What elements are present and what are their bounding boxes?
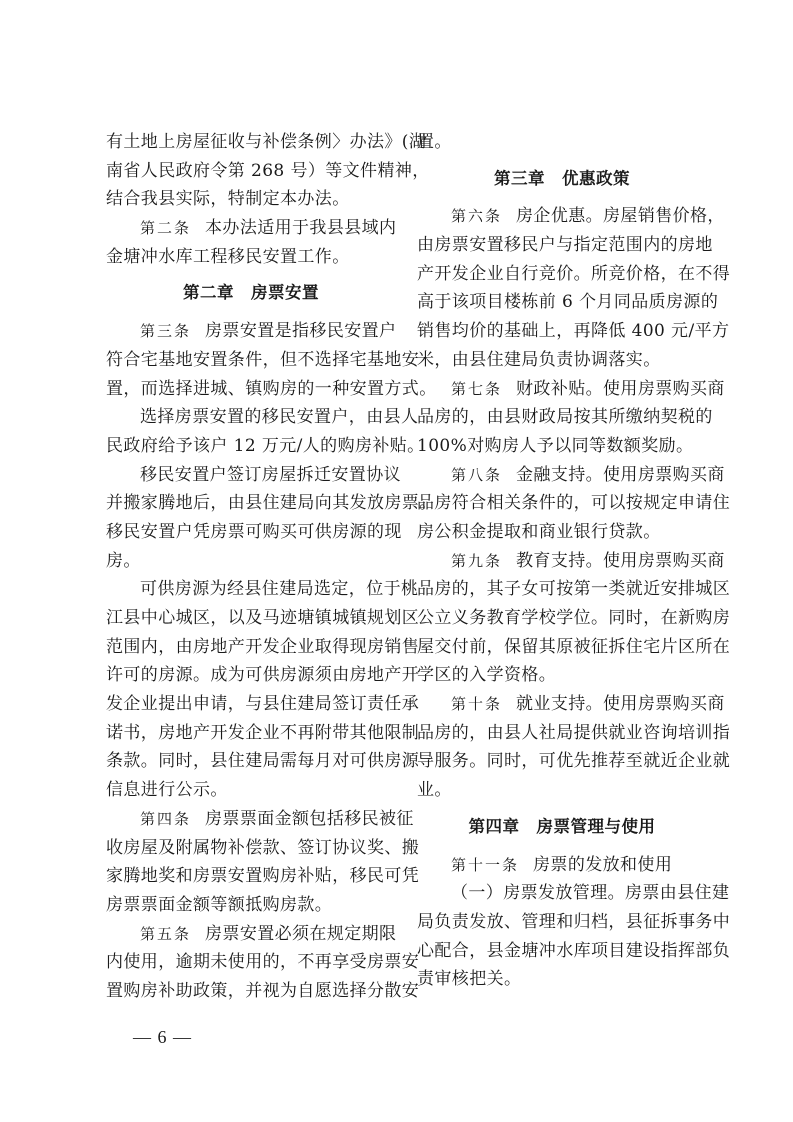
- text-line: 责审核把关。: [417, 965, 707, 994]
- article-first-line: 第七条财政补贴。使用房票购买商: [417, 375, 707, 404]
- text-line: 诺书，房地产开发企业不再附带其他限制: [106, 719, 396, 748]
- paragraph-first-line: （一）房票发放管理。房票由县住建: [417, 879, 707, 908]
- text-line: 公立义务教育学校学位。同时，在新购房: [417, 604, 707, 633]
- article-first-line: 第五条房票安置必须在规定期限: [106, 920, 396, 949]
- article-text: 财政补贴。使用房票购买商: [516, 379, 725, 399]
- text-line: 销售均价的基础上，再降低 400 元/平方: [417, 317, 707, 346]
- right-column: 置。第三章 优惠政策第六条房企优惠。房屋销售价格，由房票安置移民户与指定范围内的…: [417, 128, 707, 994]
- text-line: 置购房补助政策，并视为自愿选择分散安: [106, 977, 396, 1006]
- article-first-line: 第九条教育支持。使用房票购买商: [417, 547, 707, 576]
- article-first-line: 第八条金融支持。使用房票购买商: [417, 461, 707, 490]
- text-line: 移民安置户凭房票可购买可供房源的现: [106, 518, 396, 547]
- text-line: 米，由县住建局负责协调落实。: [417, 346, 707, 375]
- text-line: 信息进行公示。: [106, 776, 396, 805]
- chapter-heading: 第三章 优惠政策: [417, 165, 707, 194]
- text-line: 家腾地奖和房票安置购房补贴，移民可凭: [106, 862, 396, 891]
- article-number: 第三条: [140, 322, 191, 340]
- article-number: 第二条: [140, 219, 191, 237]
- text-line: 范围内，由房地产开发企业取得现房销售: [106, 633, 396, 662]
- text-line: 品房的，其子女可按第一类就近安排城区: [417, 575, 707, 604]
- chapter-heading: 第四章 房票管理与使用: [417, 813, 707, 842]
- text-line: 符合宅基地安置条件，但不选择宅基地安: [106, 346, 396, 375]
- article-first-line: 第四条房票票面金额包括移民被征: [106, 805, 396, 834]
- page-number: — 6 —: [133, 1027, 192, 1048]
- text-line: 条款。同时，县住建局需每月对可供房源: [106, 747, 396, 776]
- text-line: 民政府给予该户 12 万元/人的购房补贴。: [106, 432, 396, 461]
- text-line: 品房符合相关条件的，可以按规定申请住: [417, 489, 707, 518]
- left-column: 有土地上房屋征收与补偿条例〉办法》(湖南省人民政府令第 268 号）等文件精神，…: [106, 128, 396, 1006]
- text-line: 房票票面金额等额抵购房款。: [106, 891, 396, 920]
- article-text: 房票安置是指移民安置户: [205, 321, 396, 341]
- text-line: 江县中心城区，以及马迹塘镇城镇规划区: [106, 604, 396, 633]
- paragraph-first-line: 可供房源为经县住建局选定，位于桃: [106, 575, 396, 604]
- article-number: 第七条: [451, 380, 502, 398]
- article-text: 就业支持。使用房票购买商: [516, 694, 725, 714]
- text-line: 品房的，由县人社局提供就业咨询培训指: [417, 719, 707, 748]
- article-number: 第六条: [451, 207, 502, 225]
- text-line: 导服务。同时，可优先推荐至就近企业就: [417, 747, 707, 776]
- text-line: 业。: [417, 776, 707, 805]
- text-line: 房公积金提取和商业银行贷款。: [417, 518, 707, 547]
- article-text: 教育支持。使用房票购买商: [516, 551, 725, 571]
- article-text: 金融支持。使用房票购买商: [516, 465, 725, 485]
- text-line: 收房屋及附属物补偿款、签订协议奖、搬: [106, 834, 396, 863]
- article-number: 第十一条: [451, 856, 519, 874]
- text-line: 房。: [106, 547, 396, 576]
- text-line: 100%对购房人予以同等数额奖励。: [417, 432, 707, 461]
- text-line: 置，而选择进城、镇购房的一种安置方式。: [106, 375, 396, 404]
- text-line: 许可的房源。成为可供房源须由房地产开: [106, 661, 396, 690]
- text-line: 心配合，县金塘冲水库项目建设指挥部负: [417, 937, 707, 966]
- text-line: 品房的，由县财政局按其所缴纳契税的: [417, 403, 707, 432]
- paragraph-first-line: 移民安置户签订房屋拆迁安置协议: [106, 461, 396, 490]
- text-line: 内使用，逾期未使用的，不再享受房票安: [106, 948, 396, 977]
- article-number: 第五条: [140, 925, 191, 943]
- text-line: 由房票安置移民户与指定范围内的房地: [417, 231, 707, 260]
- article-number: 第十条: [451, 695, 502, 713]
- article-number: 第八条: [451, 466, 502, 484]
- article-number: 第四条: [140, 810, 191, 828]
- text-line: 置。: [417, 128, 707, 157]
- article-number: 第九条: [451, 552, 502, 570]
- article-first-line: 第十条就业支持。使用房票购买商: [417, 690, 707, 719]
- article-text: 房票票面金额包括移民被征: [205, 809, 414, 829]
- text-line: 高于该项目楼栋前 6 个月同品质房源的: [417, 288, 707, 317]
- text-line: 局负责发放、管理和归档，县征拆事务中: [417, 908, 707, 937]
- article-text: 房票的发放和使用: [533, 855, 672, 875]
- text-line: 产开发企业自行竞价。所竞价格，在不得: [417, 260, 707, 289]
- text-line: 屋交付前，保留其原被征拆住宅片区所在: [417, 633, 707, 662]
- text-line: 有土地上房屋征收与补偿条例〉办法》(湖: [106, 128, 396, 157]
- chapter-heading: 第二章 房票安置: [106, 279, 396, 308]
- article-text: 房票安置必须在规定期限: [205, 924, 396, 944]
- text-line: 南省人民政府令第 268 号）等文件精神，: [106, 157, 396, 186]
- article-first-line: 第三条房票安置是指移民安置户: [106, 317, 396, 346]
- article-first-line: 第十一条房票的发放和使用: [417, 851, 707, 880]
- text-line: 结合我县实际，特制定本办法。: [106, 185, 396, 214]
- text-line: 发企业提出申请，与县住建局签订责任承: [106, 690, 396, 719]
- text-line: 并搬家腾地后，由县住建局向其发放房票。: [106, 489, 396, 518]
- article-text: 本办法适用于我县县域内: [205, 218, 396, 238]
- text-line: 学区的入学资格。: [417, 661, 707, 690]
- text-line: 金塘冲水库工程移民安置工作。: [106, 243, 396, 272]
- article-text: 房企优惠。房屋销售价格，: [516, 206, 725, 226]
- article-first-line: 第二条本办法适用于我县县域内: [106, 214, 396, 243]
- paragraph-first-line: 选择房票安置的移民安置户，由县人: [106, 403, 396, 432]
- article-first-line: 第六条房企优惠。房屋销售价格，: [417, 202, 707, 231]
